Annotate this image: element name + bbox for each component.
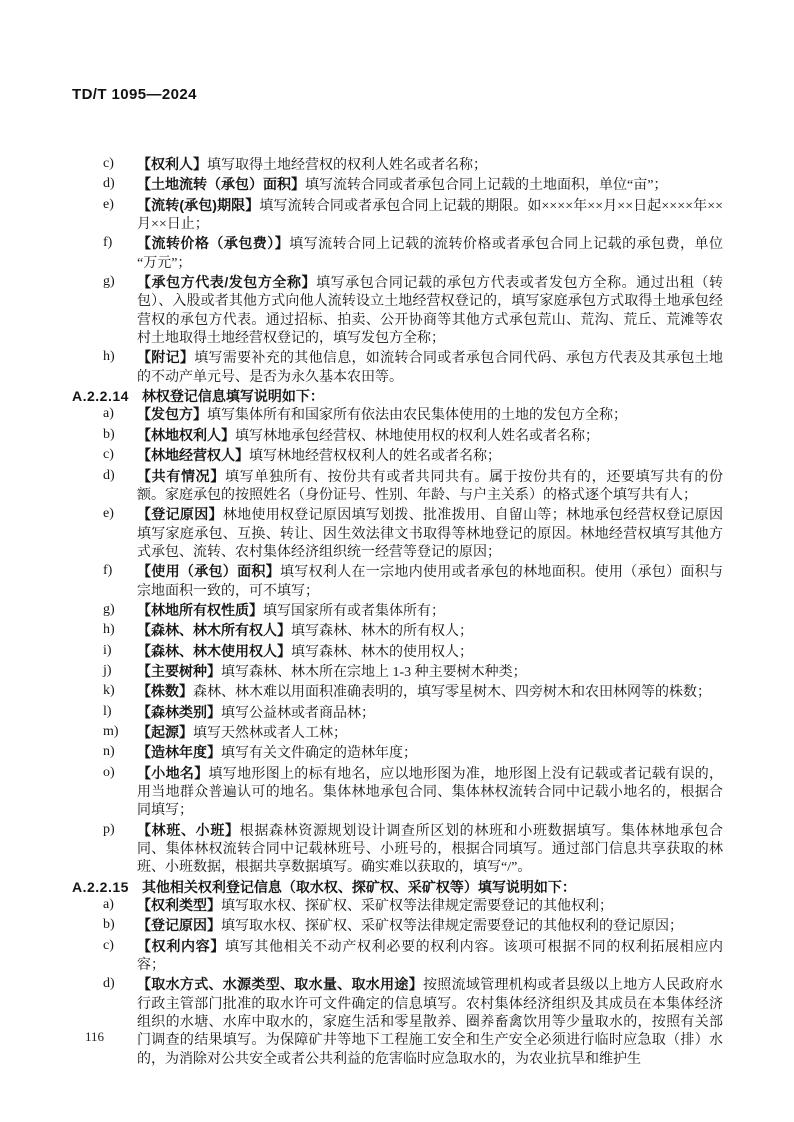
item-term: 【主要树种】 <box>137 663 221 679</box>
item-label: c) <box>103 937 114 955</box>
item-label: c) <box>103 155 114 173</box>
item-label: p) <box>103 821 115 839</box>
item-text: 填写需要补充的其他信息，如流转合同或者承包合同代码、承包方代表及其承包土地的不动… <box>137 351 723 384</box>
section-heading: A.2.2.15其他相关权利登记信息（取水权、探矿权、采矿权等）填写说明如下： <box>72 878 723 896</box>
item-body: 【取水方式、水源类型、取水量、取水用途】按照流域管理机构或者县级以上地方人民政府… <box>137 978 723 1066</box>
item-text: 森林、林木难以用面积准确表明的，填写零星树木、四旁树木和农田林网等的株数； <box>193 685 711 700</box>
list-item: e)【流转(承包)期限】填写流转合同或者承包合同上记载的期限。如××××年××月… <box>72 196 723 235</box>
item-text: 填写林地经营权权利人的姓名或者名称； <box>249 449 501 464</box>
item-body: 【土地流转（承包）面积】填写流转合同或者承包合同上记载的土地面积，单位“亩”； <box>137 178 667 193</box>
item-label: d) <box>103 467 115 485</box>
section-number: A.2.2.14 <box>72 387 129 405</box>
item-label: a) <box>103 896 114 914</box>
list-item: c)【林地经营权人】填写林地经营权权利人的姓名或者名称； <box>72 446 723 466</box>
list-item: k)【株数】森林、林木难以用面积准确表明的，填写零星树木、四旁树木和农田林网等的… <box>72 682 723 702</box>
item-term: 【林地经营权人】 <box>137 447 249 463</box>
list-item: f)【使用（承包）面积】填写权利人在一宗地内使用或者承包的林地面积。使用（承包）… <box>72 562 723 601</box>
item-term: 【森林、林木所有权人】 <box>137 622 291 638</box>
list-item: c)【权利内容】填写其他相关不动产权利必要的权利内容。该项可根据不同的权利拓展相… <box>72 937 723 976</box>
item-label: k) <box>103 682 115 700</box>
document-body: c)【权利人】填写取得土地经营权的权利人姓名或者名称；d)【土地流转（承包）面积… <box>72 155 723 1069</box>
list-item: b)【登记原因】填写取水权、探矿权、采矿权等法律规定需要登记的其他权利的登记原因… <box>72 916 723 936</box>
item-body: 【起源】填写天然林或者人工林； <box>137 726 347 741</box>
item-term: 【登记原因】 <box>137 917 221 933</box>
item-body: 【小地名】填写地形图上的标有地名，应以地形图为准，地形图上没有记载或者记载有误的… <box>137 767 723 819</box>
section-heading: A.2.2.14林权登记信息填写说明如下： <box>72 387 723 405</box>
item-body: 【使用（承包）面积】填写权利人在一宗地内使用或者承包的林地面积。使用（承包）面积… <box>137 565 723 598</box>
item-term: 【流转价格（承包费）】 <box>137 235 289 251</box>
item-body: 【登记原因】林地使用权登记原因填写划拨、批准拨用、自留山等；林地承包经营权登记原… <box>137 508 723 560</box>
item-text: 填写取水权、探矿权、采矿权等法律规定需要登记的其他权利； <box>221 899 613 914</box>
item-label: c) <box>103 446 114 464</box>
item-body: 【流转(承包)期限】填写流转合同或者承包合同上记载的期限。如××××年××月××… <box>137 199 723 232</box>
list-item: c)【权利人】填写取得土地经营权的权利人姓名或者名称； <box>72 155 723 175</box>
item-label: a) <box>103 405 114 423</box>
item-body: 【株数】森林、林木难以用面积准确表明的，填写零星树木、四旁树木和农田林网等的株数… <box>137 685 711 700</box>
item-text: 填写取得土地经营权的权利人姓名或者名称； <box>207 158 487 173</box>
item-label: e) <box>103 196 114 214</box>
item-body: 【主要树种】填写森林、林木所在宗地上 1-3 种主要树木种类； <box>137 665 527 680</box>
item-body: 【林地所有权性质】填写国家所有或者集体所有； <box>137 604 445 619</box>
item-label: g) <box>103 273 115 291</box>
item-label: j) <box>103 662 112 680</box>
list-item: b)【林地权利人】填写林地承包经营权、林地使用权的权利人姓名或者名称； <box>72 426 723 446</box>
item-body: 【造林年度】填写有关文件确定的造林年度； <box>137 746 417 761</box>
item-text: 填写林地承包经营权、林地使用权的权利人姓名或者名称； <box>235 429 599 444</box>
item-label: f) <box>103 234 112 252</box>
item-text: 填写其他相关不动产权利必要的权利内容。该项可根据不同的权利拓展相应内容； <box>137 940 723 973</box>
item-term: 【承包方代表/发包方全称】 <box>137 274 316 290</box>
item-text: 填写取水权、探矿权、采矿权等法律规定需要登记的其他权利的登记原因； <box>221 919 683 934</box>
item-label: d) <box>103 975 115 993</box>
item-body: 【森林、林木使用权人】填写森林、林木的使用权人； <box>137 645 473 660</box>
item-body: 【林地经营权人】填写林地经营权权利人的姓名或者名称； <box>137 449 501 464</box>
item-body: 【权利内容】填写其他相关不动产权利必要的权利内容。该项可根据不同的权利拓展相应内… <box>137 940 723 973</box>
item-body: 【登记原因】填写取水权、探矿权、采矿权等法律规定需要登记的其他权利的登记原因； <box>137 919 683 934</box>
item-text: 填写天然林或者人工林； <box>193 726 347 741</box>
item-label: h) <box>103 348 115 366</box>
list-item: l)【森林类别】填写公益林或者商品林； <box>72 703 723 723</box>
item-body: 【流转价格（承包费）】填写流转合同上记载的流转价格或者承包合同上记载的承包费，单… <box>137 237 723 270</box>
item-label: g) <box>103 601 115 619</box>
item-term: 【造林年度】 <box>137 744 221 760</box>
item-label: b) <box>103 916 115 934</box>
item-label: o) <box>103 764 115 782</box>
item-label: f) <box>103 562 112 580</box>
item-text: 填写集体所有和国家所有依法由农民集体使用的土地的发包方全称； <box>207 408 627 423</box>
item-term: 【使用（承包）面积】 <box>137 563 280 579</box>
item-term: 【土地流转（承包）面积】 <box>137 176 305 192</box>
item-label: m) <box>103 723 119 741</box>
list-item: f)【流转价格（承包费）】填写流转合同上记载的流转价格或者承包合同上记载的承包费… <box>72 234 723 273</box>
item-term: 【流转(承包)期限】 <box>137 197 259 213</box>
item-label: h) <box>103 621 115 639</box>
item-text: 填写地形图上的标有地名，应以地形图为准，地形图上没有记载或者记载有误的，用当地群… <box>137 767 723 819</box>
item-text: 填写国家所有或者集体所有； <box>263 604 445 619</box>
item-term: 【森林、林木使用权人】 <box>137 643 291 659</box>
item-term: 【权利人】 <box>137 156 207 172</box>
item-body: 【林地权利人】填写林地承包经营权、林地使用权的权利人姓名或者名称； <box>137 429 599 444</box>
item-text: 填写有关文件确定的造林年度； <box>221 746 417 761</box>
doc-code: TD/T 1095—2024 <box>72 86 197 103</box>
section-title: 其他相关权利登记信息（取水权、探矿权、采矿权等）填写说明如下： <box>142 879 576 895</box>
list-item: d)【土地流转（承包）面积】填写流转合同或者承包合同上记载的土地面积，单位“亩”… <box>72 175 723 195</box>
list-item: i)【森林、林木使用权人】填写森林、林木的使用权人； <box>72 642 723 662</box>
item-label: n) <box>103 743 115 761</box>
item-text: 填写森林、林木的使用权人； <box>291 645 473 660</box>
item-term: 【林班、小班】 <box>137 822 240 838</box>
item-body: 【承包方代表/发包方全称】填写承包合同记载的承包方代表或者发包方全称。通过出租（… <box>137 276 723 346</box>
item-label: l) <box>103 703 112 721</box>
item-term: 【小地名】 <box>137 765 209 781</box>
list-item: a)【权利类型】填写取水权、探矿权、采矿权等法律规定需要登记的其他权利； <box>72 896 723 916</box>
list-item: g)【承包方代表/发包方全称】填写承包合同记载的承包方代表或者发包方全称。通过出… <box>72 273 723 348</box>
item-text: 填写森林、林木的所有权人； <box>291 624 473 639</box>
item-body: 【发包方】填写集体所有和国家所有依法由农民集体使用的土地的发包方全称； <box>137 408 627 423</box>
item-label: e) <box>103 505 114 523</box>
item-term: 【林地所有权性质】 <box>137 602 263 618</box>
list-item: p)【林班、小班】根据森林资源规划设计调查所区划的林班和小班数据填写。集体林地承… <box>72 821 723 878</box>
item-text: 填写森林、林木所在宗地上 1-3 种主要树木种类； <box>221 665 527 680</box>
item-body: 【森林、林木所有权人】填写森林、林木的所有权人； <box>137 624 473 639</box>
item-text: 填写公益林或者商品林； <box>221 706 375 721</box>
list-item: j)【主要树种】填写森林、林木所在宗地上 1-3 种主要树木种类； <box>72 662 723 682</box>
list-item: e)【登记原因】林地使用权登记原因填写划拨、批准拨用、自留山等；林地承包经营权登… <box>72 505 723 562</box>
list-item: h)【附记】填写需要补充的其他信息，如流转合同或者承包合同代码、承包方代表及其承… <box>72 348 723 387</box>
item-text: 填写单独所有、按份共有或者共同共有。属于按份共有的，还要填写共有的份额。家庭承包… <box>137 470 723 503</box>
list-item: a)【发包方】填写集体所有和国家所有依法由农民集体使用的土地的发包方全称； <box>72 405 723 425</box>
list-item: d)【共有情况】填写单独所有、按份共有或者共同共有。属于按份共有的，还要填写共有… <box>72 467 723 506</box>
section-number: A.2.2.15 <box>72 878 129 896</box>
item-term: 【起源】 <box>137 724 193 740</box>
item-term: 【发包方】 <box>137 406 207 422</box>
item-label: d) <box>103 175 115 193</box>
item-label: i) <box>103 642 112 660</box>
item-body: 【林班、小班】根据森林资源规划设计调查所区划的林班和小班数据填写。集体林地承包合… <box>137 824 723 876</box>
document-page: TD/T 1095—2024 c)【权利人】填写取得土地经营权的权利人姓名或者名… <box>0 0 794 1122</box>
page-number: 116 <box>85 1029 104 1045</box>
item-body: 【权利类型】填写取水权、探矿权、采矿权等法律规定需要登记的其他权利； <box>137 899 613 914</box>
list-item: n)【造林年度】填写有关文件确定的造林年度； <box>72 743 723 763</box>
item-term: 【株数】 <box>137 683 193 699</box>
list-item: d)【取水方式、水源类型、取水量、取水用途】按照流域管理机构或者县级以上地方人民… <box>72 975 723 1069</box>
item-text: 填写流转合同或者承包合同上记载的土地面积，单位“亩”； <box>305 178 667 193</box>
list-item: h)【森林、林木所有权人】填写森林、林木的所有权人； <box>72 621 723 641</box>
item-term: 【取水方式、水源类型、取水量、取水用途】 <box>137 976 423 992</box>
item-body: 【权利人】填写取得土地经营权的权利人姓名或者名称； <box>137 158 487 173</box>
list-item: o)【小地名】填写地形图上的标有地名，应以地形图为准，地形图上没有记载或者记载有… <box>72 764 723 821</box>
item-body: 【共有情况】填写单独所有、按份共有或者共同共有。属于按份共有的，还要填写共有的份… <box>137 470 723 503</box>
section-title: 林权登记信息填写说明如下： <box>142 388 324 404</box>
item-body: 【森林类别】填写公益林或者商品林； <box>137 706 375 721</box>
item-text: 林地使用权登记原因填写划拨、批准拨用、自留山等；林地承包经营权登记原因填写家庭承… <box>137 508 723 560</box>
item-term: 【登记原因】 <box>137 506 223 522</box>
item-term: 【权利类型】 <box>137 897 221 913</box>
item-term: 【共有情况】 <box>137 468 225 484</box>
list-item: g)【林地所有权性质】填写国家所有或者集体所有； <box>72 601 723 621</box>
list-item: m)【起源】填写天然林或者人工林； <box>72 723 723 743</box>
item-term: 【权利内容】 <box>137 938 225 954</box>
item-label: b) <box>103 426 115 444</box>
item-body: 【附记】填写需要补充的其他信息，如流转合同或者承包合同代码、承包方代表及其承包土… <box>137 351 723 384</box>
item-term: 【森林类别】 <box>137 704 221 720</box>
item-term: 【林地权利人】 <box>137 427 235 443</box>
item-term: 【附记】 <box>137 349 194 365</box>
